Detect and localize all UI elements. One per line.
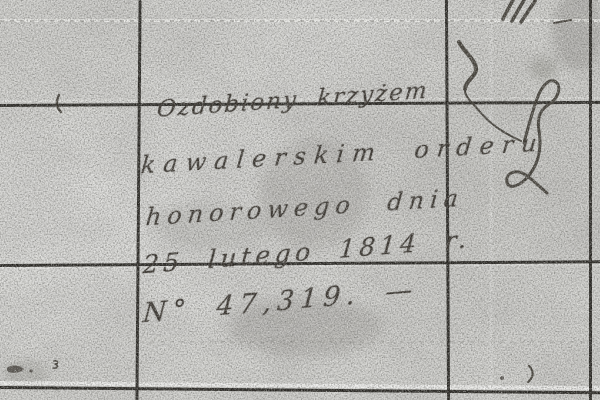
- ink-dot-icon: [29, 369, 32, 372]
- paper-smudge: [552, 0, 600, 70]
- squiggle-mark-icon: [53, 361, 58, 368]
- ink-blot-icon: [7, 365, 24, 372]
- rule-vertical-left: [135, 0, 141, 400]
- rule-white-band-top: [0, 19, 600, 22]
- pen-dash-mark-icon: [554, 20, 571, 23]
- paper-smudge: [4, 360, 48, 386]
- handwriting-line-2: kawalerskim orderu: [140, 128, 547, 179]
- rule-horizontal-bottom: [0, 386, 600, 394]
- rule-horizontal-faint-top: [0, 20, 600, 22]
- paper-smudge: [530, 58, 558, 80]
- paren-mark-icon: [528, 366, 533, 382]
- signature-flourish-stem-icon: [459, 42, 476, 89]
- handwriting-line-5: N° 47,319. —: [142, 274, 419, 329]
- handwriting-line-3: honorowego dnia: [145, 183, 466, 231]
- handwriting-line-1: Ozdobiony krzyżem: [156, 78, 430, 123]
- document-scan: Ozdobiony krzyżem kawalerskim orderu hon…: [0, 0, 600, 400]
- rule-vertical-right: [589, 0, 592, 400]
- top-edge-pen-stroke-icon: [503, 0, 535, 22]
- rule-horizontal-faint-lower: [140, 341, 600, 343]
- handwriting-line-4: 25 lutego 1814 r.: [142, 224, 472, 279]
- paper-fold-line: [490, 0, 492, 400]
- ink-dot-icon: [500, 376, 504, 380]
